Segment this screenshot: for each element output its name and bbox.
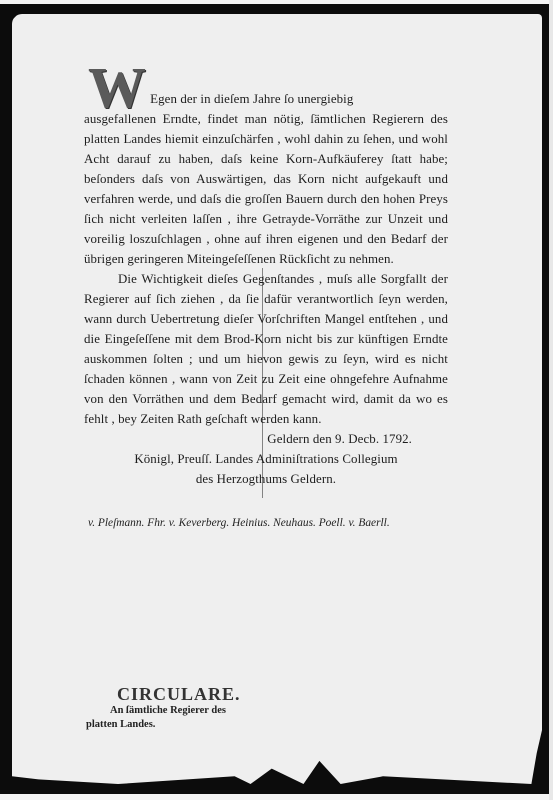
drop-cap-initial: W [88, 65, 146, 109]
proclamation-text: W Egen der in dieſem Jahre ſo unergiebig… [84, 65, 448, 489]
circulare-title: CIRCULARE. [117, 684, 241, 705]
date-line: Geldern den 9. Decb. 1792. [84, 429, 448, 449]
issuer-line-1: Königl, Preuſſ. Landes Adminiſtrations C… [84, 449, 448, 469]
issuer-line-2: des Herzogthums Geldern. [84, 469, 448, 489]
address-line-1: An ſämtliche Regierer des [86, 704, 246, 718]
paragraph-1: ausgefallenen Erndte, findet man nötig, … [84, 109, 448, 269]
scan-edge [549, 0, 553, 800]
address-line-2: platten Landes. [86, 719, 155, 730]
paragraph-2: Die Wichtigkeit dieſes Gegenſtandes , mu… [84, 269, 448, 429]
circulare-address: An ſämtliche Regierer des platten Landes… [86, 704, 246, 732]
signatories: v. Pleſmann. Fhr. v. Keverberg. Heinius.… [88, 517, 448, 529]
